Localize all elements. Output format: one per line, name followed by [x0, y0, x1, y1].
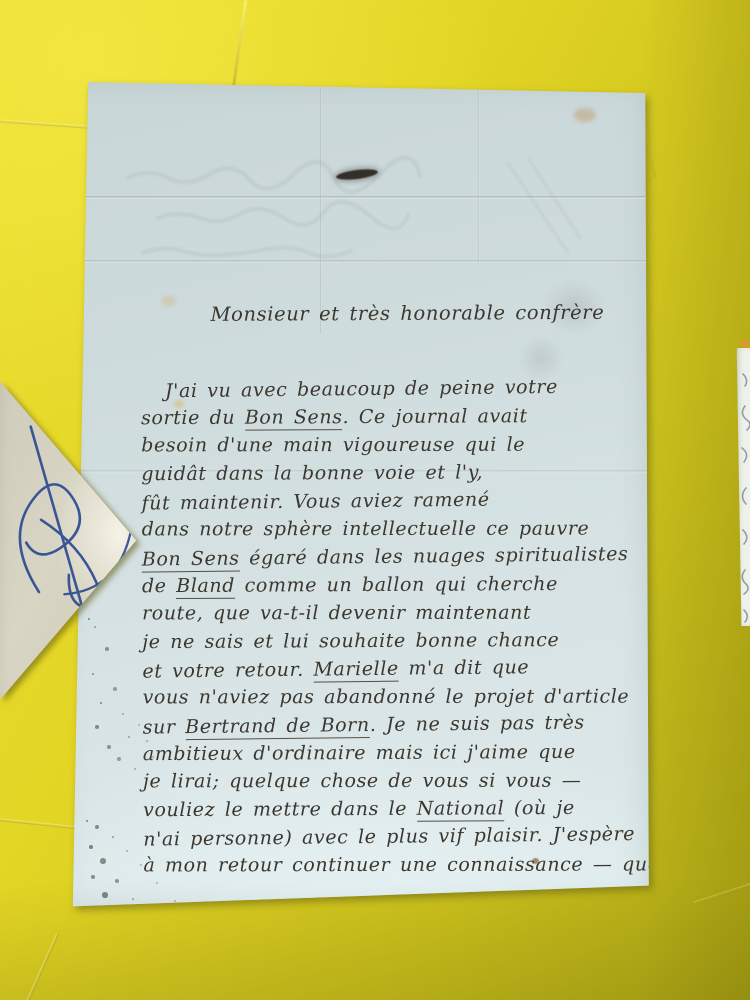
letter-line: fût maintenir. Vous aviez ramené	[125, 484, 611, 518]
letter-line: vous n'aviez pas abandonné le projet d'a…	[127, 683, 613, 712]
left-fragment-paper	[0, 378, 148, 703]
letter-line: J'ai vu avec beaucoup de peine votre	[125, 372, 611, 406]
letter-lines: J'ai vu avec beaucoup de peine votresort…	[125, 374, 614, 881]
letter-line: guidât dans la bonne voie et l'y,	[125, 458, 611, 489]
letter-line: je ne sais et lui souhaite bonne chance	[126, 626, 612, 657]
letter-line: ambitieux d'ordinaire mais ici j'aime qu…	[127, 738, 613, 769]
letter-line: à mon retour continuer une connaissance …	[127, 851, 613, 880]
letter-line: de Bland comme un ballon qui cherche	[126, 570, 612, 601]
letter-heading: Monsieur et très honorable confrère	[124, 301, 610, 327]
foxing-speckles	[86, 820, 88, 822]
stain-spot	[574, 108, 596, 122]
letter-line: sur Bertrand de Born. Je ne suis pas trè…	[127, 708, 613, 742]
letter-line: vouliez le mettre dans le National (où j…	[127, 794, 613, 825]
letter-line: Bon Sens égaré dans les nuages spiritual…	[126, 540, 612, 574]
background-shade-right	[640, 0, 750, 1000]
letter-line: sortie du Bon Sens. Ce journal avait	[125, 402, 611, 433]
left-fragment-sheet	[0, 378, 148, 703]
letter-line: n'ai personne) avec le plus vif plaisir.…	[127, 820, 613, 854]
photo: Monsieur et très honorable confrère J'ai…	[0, 0, 750, 1000]
letter-text: Monsieur et très honorable confrère J'ai…	[124, 301, 613, 881]
letter-line: et votre retour. Marielle m'a dit que	[126, 652, 612, 686]
letter-line: je lirai; quelque chose de vous si vous …	[127, 767, 613, 796]
letter-line: besoin d'une main vigoureuse qui le	[125, 431, 611, 460]
letter-line: route, que va-t-il devenir maintenant	[126, 599, 612, 628]
letter-line: dans notre sphère intellectuelle ce pauv…	[126, 515, 612, 544]
